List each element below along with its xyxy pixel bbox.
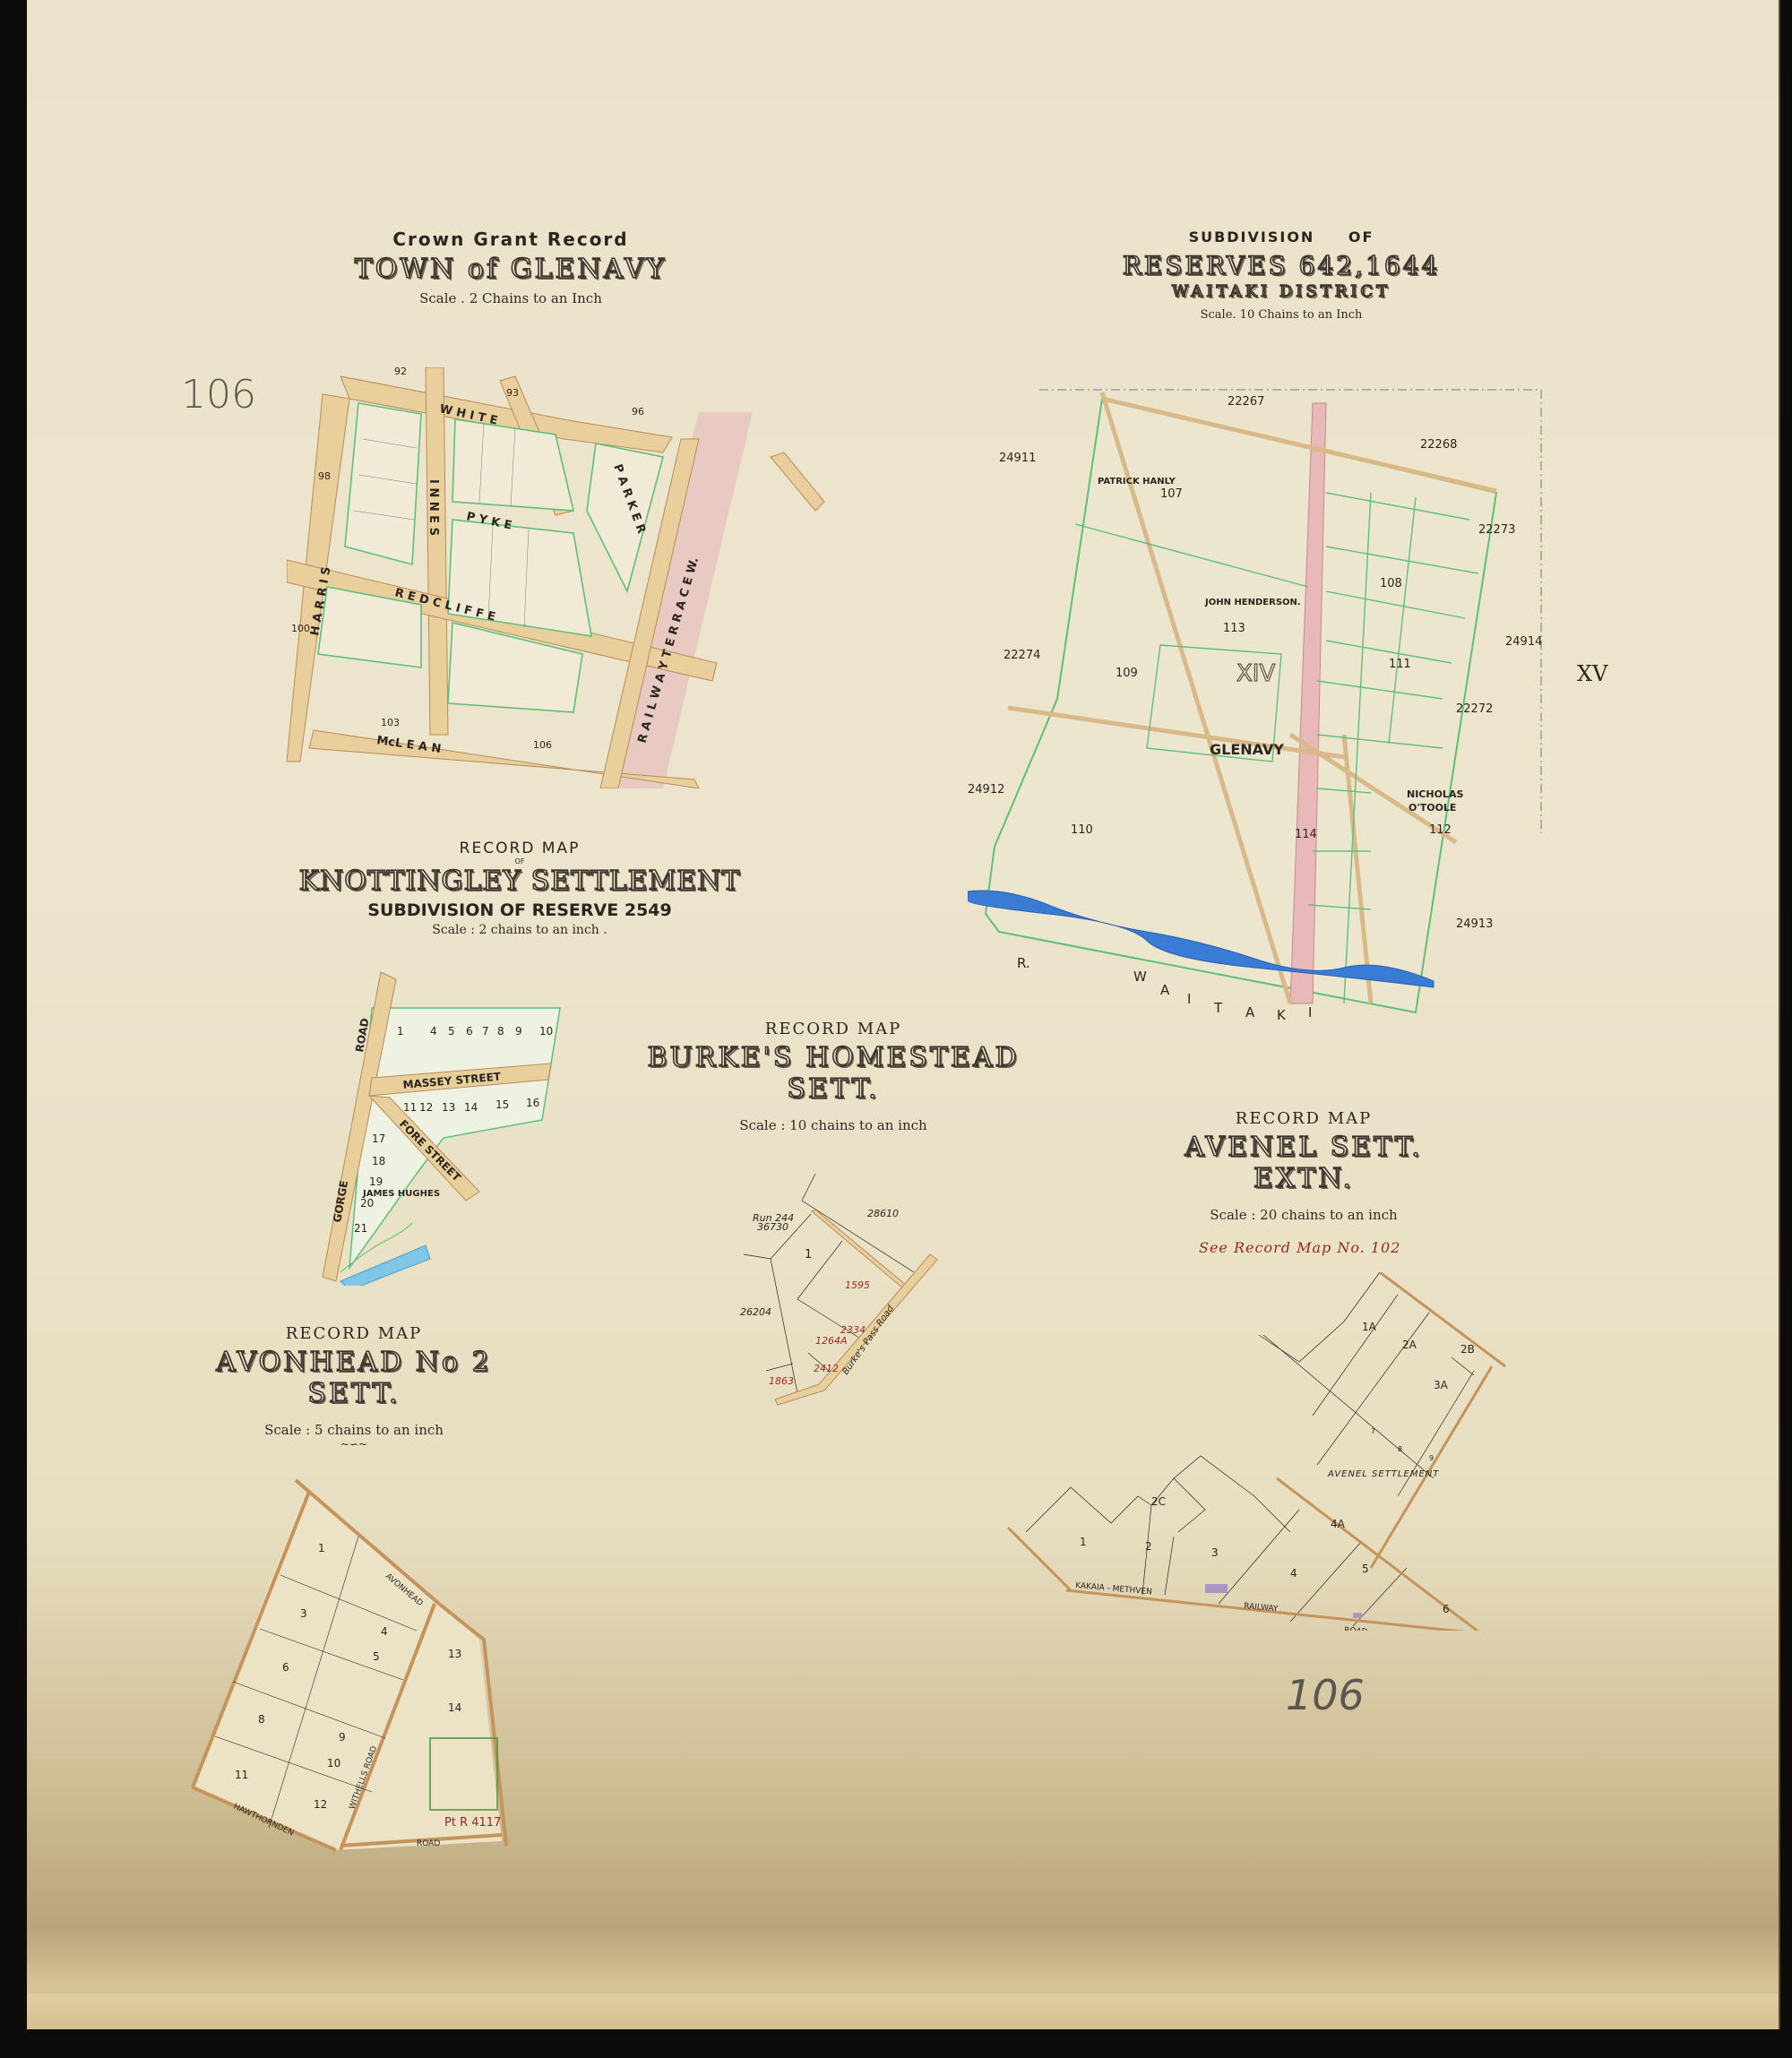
svg-text:T: T xyxy=(1213,1000,1223,1016)
svg-text:12: 12 xyxy=(314,1798,327,1811)
burkes-pass-road-label: Burke's Pass Road xyxy=(840,1304,896,1377)
svg-text:R.: R. xyxy=(1017,955,1030,971)
svg-text:1: 1 xyxy=(397,1025,404,1038)
svg-text:9: 9 xyxy=(339,1731,346,1744)
svg-text:4: 4 xyxy=(430,1025,437,1038)
knottingley-heading: RECORD MAP xyxy=(296,840,744,857)
svg-text:2412: 2412 xyxy=(814,1363,839,1374)
svg-text:21: 21 xyxy=(354,1222,367,1235)
avenel-settlement-label: AVENEL SETTLEMENT xyxy=(1327,1469,1439,1479)
ornament-flourish: ~∽~ xyxy=(179,1438,529,1451)
svg-text:100: 100 xyxy=(291,623,310,634)
svg-text:1595: 1595 xyxy=(845,1279,870,1291)
svg-text:9: 9 xyxy=(515,1025,522,1038)
svg-text:114: 114 xyxy=(1295,828,1317,841)
svg-text:4: 4 xyxy=(381,1625,388,1638)
svg-text:3: 3 xyxy=(300,1607,307,1620)
svg-text:ROAD: ROAD xyxy=(417,1839,440,1848)
burkes-scale: Scale : 10 chains to an inch xyxy=(600,1117,1066,1133)
svg-text:6: 6 xyxy=(466,1025,473,1038)
svg-text:ROAD: ROAD xyxy=(1344,1626,1368,1631)
svg-text:36730: 36730 xyxy=(757,1221,788,1233)
owner-label: PATRICK HANLY xyxy=(1098,477,1176,487)
svg-text:1: 1 xyxy=(1080,1536,1087,1548)
glenavy-heading: Crown Grant Record xyxy=(314,228,708,250)
svg-text:I: I xyxy=(1308,1004,1312,1020)
glenavy-title: TOWN of GLENAVY xyxy=(314,254,708,285)
svg-text:12: 12 xyxy=(419,1101,433,1114)
block-label-xiv: XIV xyxy=(1236,660,1275,687)
svg-text:98: 98 xyxy=(318,470,331,482)
knottingley-title-block: RECORD MAP OF KNOTTINGLEY SETTLEMENT SUB… xyxy=(296,840,744,937)
svg-text:22273: 22273 xyxy=(1478,523,1515,537)
svg-text:26204: 26204 xyxy=(740,1306,771,1318)
svg-text:19: 19 xyxy=(369,1175,383,1188)
svg-text:92: 92 xyxy=(394,367,407,377)
avonhead-title: AVONHEAD No 2 SETT. xyxy=(179,1347,529,1409)
svg-text:14: 14 xyxy=(448,1701,461,1714)
svg-text:JOHN HENDERSON.: JOHN HENDERSON. xyxy=(1204,598,1301,607)
knottingley-of: OF xyxy=(296,857,744,865)
svg-text:K: K xyxy=(1277,1007,1287,1021)
avenel-title-block: RECORD MAP AVENEL SETT. EXTN. Scale : 20… xyxy=(1129,1109,1478,1223)
svg-text:20: 20 xyxy=(360,1197,374,1210)
svg-text:8: 8 xyxy=(1398,1445,1402,1453)
svg-text:24913: 24913 xyxy=(1456,917,1493,931)
pencil-sheet-number-bottom: 106 xyxy=(1286,1671,1365,1719)
pencil-sheet-number: 106 xyxy=(181,372,256,418)
svg-text:1A: 1A xyxy=(1362,1321,1377,1333)
svg-text:15: 15 xyxy=(495,1098,509,1111)
svg-text:16: 16 xyxy=(526,1097,539,1109)
svg-text:O'TOOLE: O'TOOLE xyxy=(1409,802,1456,814)
svg-text:W: W xyxy=(1133,969,1147,985)
town-label-glenavy: GLENAVY xyxy=(1210,741,1284,758)
svg-text:11: 11 xyxy=(235,1769,248,1781)
svg-text:24911: 24911 xyxy=(999,452,1036,465)
svg-text:18: 18 xyxy=(372,1155,385,1167)
svg-text:110: 110 xyxy=(1071,823,1093,837)
svg-text:22274: 22274 xyxy=(1004,649,1040,662)
svg-text:14: 14 xyxy=(464,1101,478,1114)
glenavy-scale: Scale . 2 Chains to an Inch xyxy=(314,290,708,306)
svg-text:6: 6 xyxy=(1443,1603,1450,1615)
avenel-heading: RECORD MAP xyxy=(1129,1109,1478,1128)
avonhead-scale: Scale : 5 chains to an inch xyxy=(179,1422,529,1438)
burkes-heading: RECORD MAP xyxy=(600,1020,1066,1038)
svg-text:8: 8 xyxy=(497,1025,504,1038)
avenel-title: AVENEL SETT. EXTN. xyxy=(1129,1132,1478,1194)
svg-text:5: 5 xyxy=(448,1025,455,1038)
svg-text:5: 5 xyxy=(1362,1563,1369,1575)
svg-text:7: 7 xyxy=(1371,1427,1375,1435)
avenel-scale: Scale : 20 chains to an inch xyxy=(1129,1207,1478,1223)
svg-text:93: 93 xyxy=(506,387,519,399)
svg-text:RAILWAY: RAILWAY xyxy=(1244,1602,1279,1614)
svg-text:1863: 1863 xyxy=(769,1375,794,1387)
knottingley-map: MASSEY STREET FORE STREET ROAD GORGE JAM… xyxy=(314,963,582,1286)
knottingley-title: KNOTTINGLEY SETTLEMENT xyxy=(296,865,744,897)
avonhead-title-block: RECORD MAP AVONHEAD No 2 SETT. Scale : 5… xyxy=(179,1324,529,1451)
svg-text:22268: 22268 xyxy=(1420,438,1457,452)
knottingley-subtitle: SUBDIVISION OF RESERVE 2549 xyxy=(296,900,744,920)
reserves-subtitle: WAITAKI DISTRICT xyxy=(1084,282,1478,301)
svg-text:2: 2 xyxy=(1145,1540,1152,1553)
svg-text:24914: 24914 xyxy=(1505,635,1542,649)
svg-text:17: 17 xyxy=(372,1132,385,1145)
svg-text:4: 4 xyxy=(1290,1567,1297,1580)
knottingley-scale: Scale : 2 chains to an inch . xyxy=(296,923,744,937)
svg-text:1: 1 xyxy=(805,1248,812,1261)
svg-text:A: A xyxy=(1160,982,1170,998)
burkes-map: Run 24436730 2861026204 1 159523341264A … xyxy=(726,1165,950,1416)
svg-text:24912: 24912 xyxy=(968,783,1004,797)
svg-text:22267: 22267 xyxy=(1228,395,1264,409)
svg-text:2C: 2C xyxy=(1151,1495,1166,1508)
svg-text:11: 11 xyxy=(403,1101,417,1114)
burkes-title-block: RECORD MAP BURKE'S HOMESTEAD SETT. Scale… xyxy=(600,1020,1066,1133)
avonhead-map: 1368 1112109 541314 AVONHEAD WITHELLS RO… xyxy=(170,1469,529,1855)
svg-text:10: 10 xyxy=(539,1025,553,1038)
avenel-note: See Record Map No. 102 xyxy=(1199,1239,1400,1256)
svg-text:7: 7 xyxy=(482,1025,489,1038)
svg-text:108: 108 xyxy=(1380,577,1402,590)
svg-text:22272: 22272 xyxy=(1456,702,1493,716)
svg-text:8: 8 xyxy=(258,1713,265,1726)
burkes-title: BURKE'S HOMESTEAD SETT. xyxy=(600,1042,1066,1105)
svg-text:1264A: 1264A xyxy=(815,1335,848,1347)
reserves-map: 222672226822273 249112227424914 22272249… xyxy=(968,385,1577,1021)
glenavy-title-block: Crown Grant Record TOWN of GLENAVY Scale… xyxy=(314,228,708,306)
glenavy-town-map: W H I T E P A R K E R I N N E S P Y K E … xyxy=(287,367,824,788)
avonhead-heading: RECORD MAP xyxy=(179,1324,529,1343)
svg-text:I N N E S: I N N E S xyxy=(426,479,440,536)
reserve-label: Pt R 4117 xyxy=(444,1816,501,1830)
svg-text:13: 13 xyxy=(442,1101,455,1114)
svg-text:I: I xyxy=(1187,991,1191,1007)
svg-text:96: 96 xyxy=(632,406,644,418)
map-sheet: 106 106 Crown Grant Record TOWN of GLENA… xyxy=(27,0,1780,2029)
reserves-scale: Scale. 10 Chains to an Inch xyxy=(1084,308,1478,322)
svg-text:111: 111 xyxy=(1389,658,1411,671)
svg-text:NICHOLAS: NICHOLAS xyxy=(1407,788,1463,800)
svg-text:A: A xyxy=(1245,1004,1255,1020)
svg-text:13: 13 xyxy=(448,1648,461,1660)
svg-text:112: 112 xyxy=(1429,823,1452,837)
svg-text:3A: 3A xyxy=(1434,1379,1449,1391)
reserves-title-block: SUBDIVISION OF RESERVES 642,1644 WAITAKI… xyxy=(1084,228,1478,322)
svg-text:107: 107 xyxy=(1160,487,1183,501)
reserves-heading: SUBDIVISION OF xyxy=(1084,228,1478,245)
svg-text:113: 113 xyxy=(1223,622,1245,635)
svg-text:106: 106 xyxy=(533,739,552,751)
svg-text:103: 103 xyxy=(381,717,400,728)
svg-text:1: 1 xyxy=(318,1542,325,1554)
svg-text:5: 5 xyxy=(373,1650,380,1663)
reserves-title: RESERVES 642,1644 xyxy=(1084,251,1478,280)
svg-text:9: 9 xyxy=(1429,1454,1434,1462)
svg-text:3: 3 xyxy=(1211,1546,1219,1559)
avenel-map: 122C 344A 56 1A2A2B3A 789 AVENEL SETTLEM… xyxy=(1004,1272,1523,1631)
svg-text:4A: 4A xyxy=(1331,1518,1346,1530)
block-label-xv: XV xyxy=(1577,661,1607,686)
svg-text:6: 6 xyxy=(282,1661,289,1674)
svg-text:10: 10 xyxy=(327,1757,340,1770)
svg-text:28610: 28610 xyxy=(867,1208,899,1219)
svg-text:2B: 2B xyxy=(1460,1343,1475,1356)
svg-text:2A: 2A xyxy=(1402,1339,1417,1351)
svg-text:109: 109 xyxy=(1116,667,1138,680)
